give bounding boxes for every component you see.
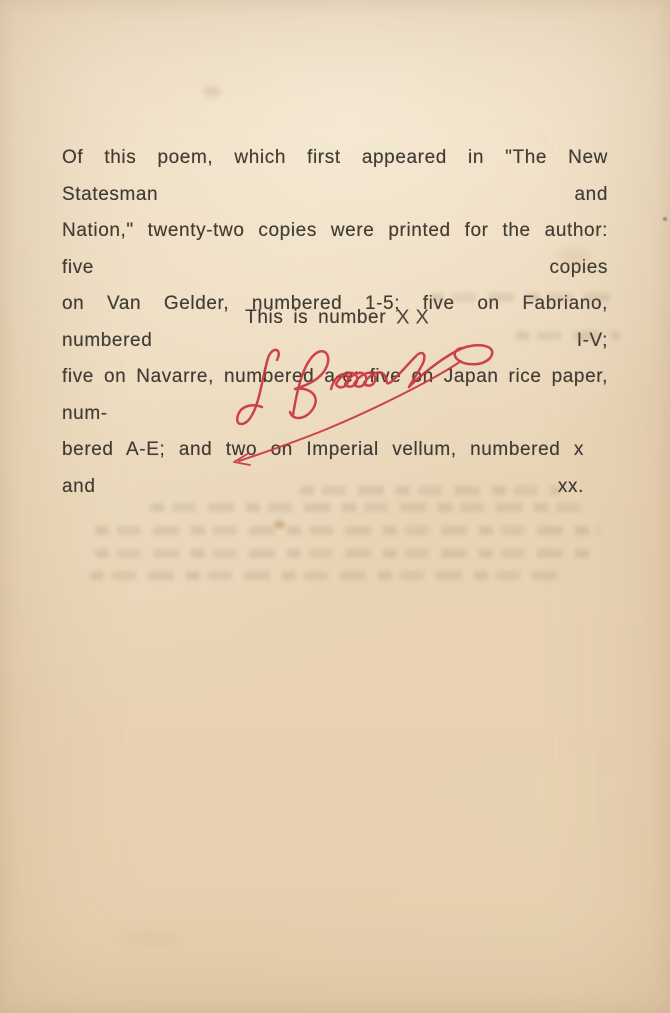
paper-stain bbox=[120, 930, 180, 946]
paper-stain bbox=[556, 246, 590, 266]
signature-lowercase-run-stroke bbox=[331, 353, 424, 389]
limitation-number-value: XX bbox=[396, 300, 435, 337]
book-colophon-page: Of this poem, which first appeared in "T… bbox=[0, 0, 670, 1013]
show-through-ghost-text bbox=[430, 293, 610, 302]
show-through-ghost-text bbox=[300, 486, 560, 495]
show-through-ghost-text bbox=[515, 331, 620, 340]
paper-speck bbox=[663, 217, 667, 221]
signature-capital-loop-stroke bbox=[290, 351, 328, 418]
show-through-ghost-text bbox=[95, 549, 595, 558]
author-signature bbox=[215, 335, 505, 475]
show-through-ghost-text bbox=[95, 526, 600, 535]
foxing-spot bbox=[274, 520, 285, 529]
show-through-ghost-text bbox=[150, 503, 580, 512]
colophon-line-1: Of this poem, which first appeared in "T… bbox=[62, 140, 608, 213]
limitation-label: This is number bbox=[245, 307, 386, 328]
signature-ink-strokes bbox=[234, 345, 492, 465]
colophon-line-2: Nation," twenty-two copies were printed … bbox=[62, 213, 608, 286]
signature-underline-flourish bbox=[239, 361, 461, 461]
paper-stain bbox=[203, 86, 221, 97]
signature-first-initial-stroke bbox=[237, 350, 279, 424]
show-through-ghost-text bbox=[90, 571, 560, 580]
